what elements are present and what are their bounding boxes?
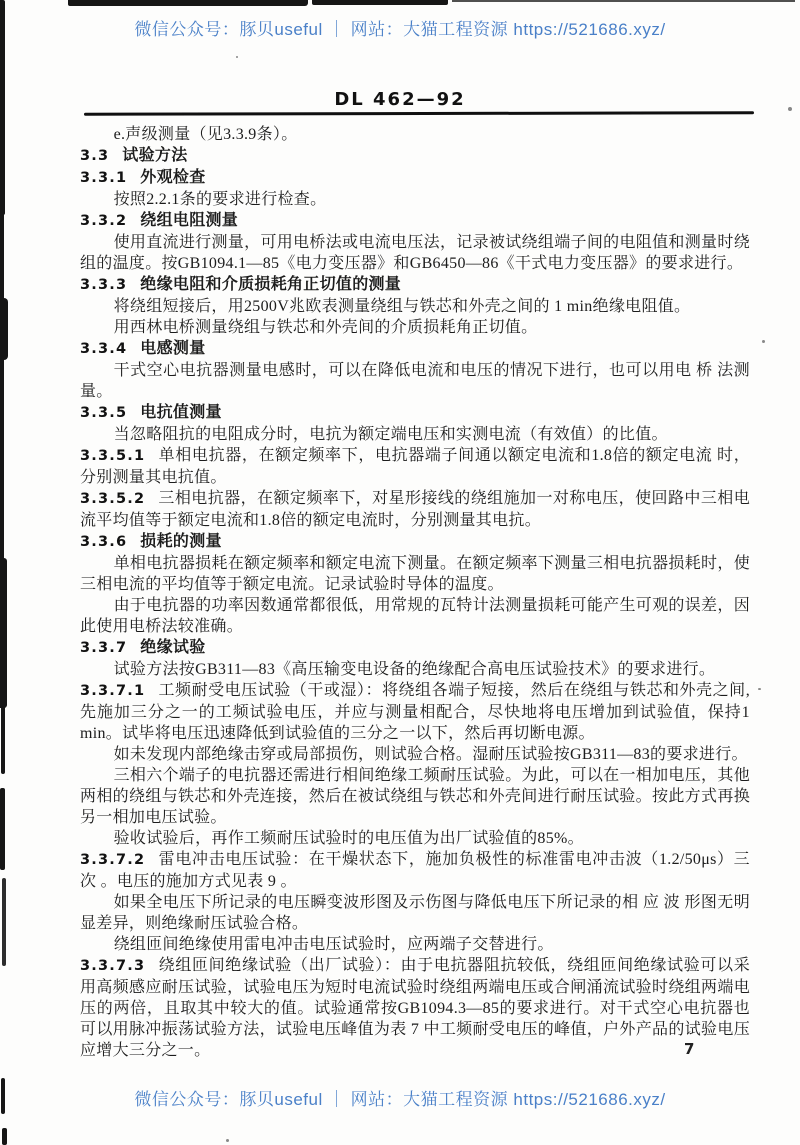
scan-artifact-left-edge [1, 702, 5, 774]
section-title: 外观检查 [140, 169, 205, 186]
paragraph: 如未发现内部绝缘击穿或局部损伤，则试验合格。湿耐压试验按GB311—83的要求进… [80, 744, 750, 765]
section-number: 3.3.4 [80, 341, 127, 357]
paragraph: 三相六个端子的电抗器还需进行相间绝缘工频耐压试验。为此，可以在一相加电压，其他两… [80, 765, 750, 828]
page-number: 7 [684, 1040, 694, 1058]
section-number: 3.3 [80, 148, 109, 164]
paragraph: 干式空心电抗器测量电感时，可以在降低电流和电压的情况下进行，也可以用电 桥 法测… [80, 360, 750, 402]
section-number: 3.3.2 [80, 213, 127, 229]
paragraph-text: 雷电冲击电压试验：在干燥状态下，施加负极性的标准雷电冲击波（1.2/50μs）三… [80, 851, 750, 890]
paragraph: 将绕组短接后，用2500V兆欧表测量绕组与铁芯和外壳之间的 1 min绝缘电阻值… [80, 296, 750, 317]
paragraph-text: 三相电抗器，在额定频率下，对星形接线的绕组施加一对称电压，使回路中三相电流平均值… [80, 490, 750, 529]
section-number: 3.3.6 [80, 534, 127, 550]
paragraph-text: 单相电抗器，在额定频率下，电抗器端子间通以额定电流和1.8倍的额定电流 时， 分… [80, 447, 750, 486]
numbered-paragraph: 3.3.7.1工频耐受电压试验（干或湿）：将绕组各端子短接，然后在绕组与铁芯和外… [80, 680, 750, 744]
paragraph: 单相电抗器损耗在额定频率和额定电流下测量。在额定频率下测量三相电抗器损耗时，使三… [80, 553, 750, 595]
paragraph: 按照2.2.1条的要求进行检查。 [80, 189, 750, 210]
paragraph: 由于电抗器的功率因数通常都很低，用常规的瓦特计法测量损耗可能产生可观的误差，因此… [80, 595, 750, 637]
paragraph: 绕组匝间绝缘使用雷电冲击电压试验时，应两端子交替进行。 [80, 934, 750, 955]
section-title: 电感测量 [140, 340, 205, 357]
paragraph: e.声级测量（见3.3.9条）。 [80, 124, 750, 145]
section-heading: 3.3.6损耗的测量 [80, 531, 750, 553]
section-title: 电抗值测量 [140, 404, 222, 421]
document-body: e.声级测量（见3.3.9条）。 3.3试验方法 3.3.1外观检查 按照2.2… [80, 124, 750, 1061]
scan-artifact-left-edge [0, 298, 8, 360]
section-number: 3.3.1 [80, 170, 127, 186]
scan-speckle [758, 688, 761, 690]
scan-artifact-top-edge [452, 0, 795, 2]
paragraph: 如果全电压下所记录的电压瞬变波形图及示伤图与降低电压下所记录的相 应 波 形图无… [80, 892, 750, 934]
header-rule [84, 111, 754, 115]
section-title: 试验方法 [122, 147, 187, 164]
section-number: 3.3.5.2 [80, 491, 145, 507]
paragraph-text: 绕组匝间绝缘试验（出厂试验）：由于电抗器阻抗较低，绕组匝间绝缘试验可以采用高频感… [80, 957, 750, 1059]
section-title: 绝缘电阻和介质损耗角正切值的测量 [140, 276, 401, 293]
watermark-top: 微信公众号：豚贝useful ｜ 网站：大猫工程资源 https://52168… [0, 15, 800, 40]
section-heading: 3.3.4电感测量 [80, 338, 750, 360]
section-heading: 3.3试验方法 [80, 145, 750, 167]
doc-code: DL 462—92 [0, 89, 800, 110]
scan-speckle [762, 340, 765, 343]
section-title: 损耗的测量 [140, 533, 222, 550]
paragraph: 使用直流进行测量，可用电桥法或电流电压法，记录被试绕组端子间的电阻值和测量时绕组… [80, 232, 750, 274]
scan-artifact-left-edge [0, 352, 4, 564]
scan-speckle [226, 1139, 229, 1142]
numbered-paragraph: 3.3.7.3绕组匝间绝缘试验（出厂试验）：由于电抗器阻抗较低，绕组匝间绝缘试验… [80, 955, 750, 1061]
paragraph: 当忽略阻抗的电阻成分时，电抗为额定端电压和实测电流（有效值）的比值。 [80, 424, 750, 445]
scan-artifact-top-edge [68, 0, 308, 6]
scan-artifact-left-edge [0, 558, 7, 708]
section-number: 3.3.7.3 [80, 958, 145, 974]
section-number: 3.3.5.1 [80, 448, 145, 464]
paragraph: 试验方法按GB311—83《高压输变电设备的绝缘配合高电压试验技术》的要求进行。 [80, 659, 750, 680]
section-heading: 3.3.2绕组电阻测量 [80, 210, 750, 232]
section-heading: 3.3.5电抗值测量 [80, 402, 750, 424]
watermark-bottom: 微信公众号：豚贝useful ｜ 网站：大猫工程资源 https://52168… [0, 1085, 800, 1110]
numbered-paragraph: 3.3.5.2三相电抗器，在额定频率下，对星形接线的绕组施加一对称电压，使回路中… [80, 488, 750, 531]
section-heading: 3.3.1外观检查 [80, 167, 750, 189]
scan-speckle [236, 56, 238, 58]
paragraph: 验收试验后，再作工频耐压试验时的电压值为出厂试验值的85%。 [80, 828, 750, 849]
section-number: 3.3.7.1 [80, 683, 145, 699]
scan-artifact-top-edge [312, 0, 448, 5]
paragraph: 用西林电桥测量绕组与铁芯和外壳间的介质损耗角正切值。 [80, 317, 750, 338]
numbered-paragraph: 3.3.7.2雷电冲击电压试验：在干燥状态下，施加负极性的标准雷电冲击波（1.2… [80, 849, 750, 892]
paragraph-text: 工频耐受电压试验（干或湿）：将绕组各端子短接，然后在绕组与铁芯和外壳之间,先施加… [80, 682, 750, 742]
scan-artifact-left-edge [2, 878, 6, 966]
section-number: 3.3.3 [80, 277, 127, 293]
scan-artifact-left-edge [0, 208, 4, 308]
section-title: 绝缘试验 [140, 639, 205, 656]
section-title: 绕组电阻测量 [140, 212, 238, 229]
section-number: 3.3.5 [80, 405, 127, 421]
section-number: 3.3.7 [80, 640, 127, 656]
section-heading: 3.3.7绝缘试验 [80, 637, 750, 659]
scan-artifact-left-edge [2, 1128, 7, 1145]
section-heading: 3.3.3绝缘电阻和介质损耗角正切值的测量 [80, 274, 750, 296]
numbered-paragraph: 3.3.5.1单相电抗器，在额定频率下，电抗器端子间通以额定电流和1.8倍的额定… [80, 445, 750, 488]
scanned-document-page: 微信公众号：豚贝useful ｜ 网站：大猫工程资源 https://52168… [0, 0, 800, 1145]
scan-artifact-left-edge [0, 788, 5, 870]
section-number: 3.3.7.2 [80, 852, 145, 868]
